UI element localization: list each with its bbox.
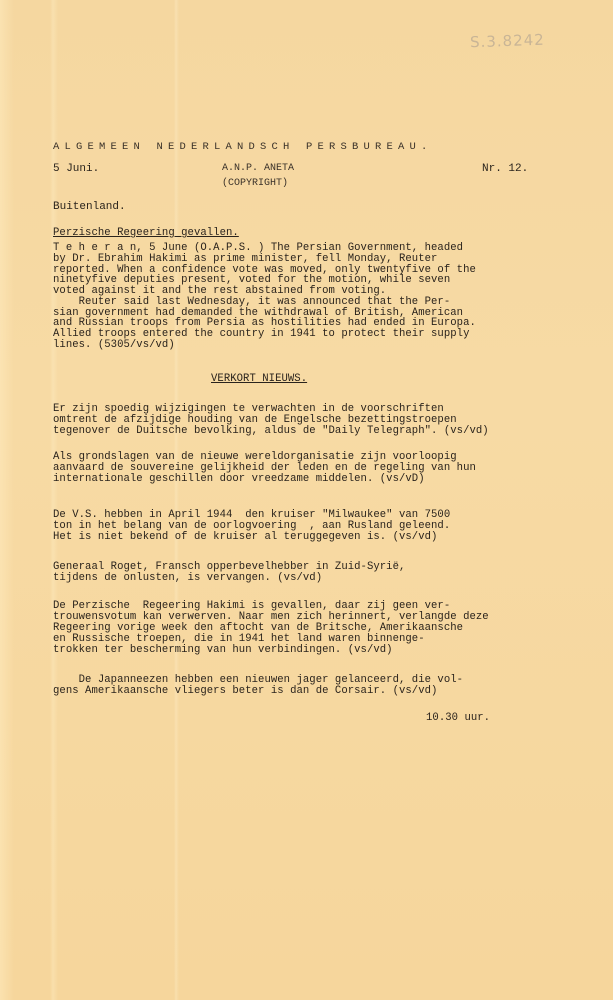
section-label: Buitenland.: [53, 201, 126, 213]
footer-time: 10.30 uur.: [426, 713, 490, 724]
news-item-line: tegenover de Duitsche bevolking, aldus d…: [53, 426, 489, 437]
archive-pencil-mark: S.3.8242: [470, 31, 545, 52]
news-item-line: tijdens de onlusten, is vervangen. (vs/v…: [53, 573, 322, 584]
news-item-line: internationale geschillen door vreedzame…: [53, 474, 425, 485]
verkort-nieuws-heading: VERKORT NIEUWS.: [211, 374, 307, 385]
agency-code: A.N.P. ANETA: [222, 163, 294, 174]
news-item-line: gens Amerikaansche vliegers beter is dan…: [53, 686, 437, 697]
news-item-line: trokken ter bescherming van hun verbindi…: [53, 645, 393, 656]
bulletin-number: Nr. 12.: [482, 163, 528, 175]
news-item-line: Het is niet bekend of de kruiser al teru…: [53, 532, 437, 543]
article-line: lines. (5305/vs/vd): [53, 340, 175, 351]
article-headline: Perzische Regeering gevallen.: [53, 228, 239, 239]
agency-title: ALGEMEEN NEDERLANDSCH PERSBUREAU.: [53, 141, 433, 153]
document-page: S.3.8242 ALGEMEEN NEDERLANDSCH PERSBUREA…: [0, 0, 613, 1000]
document-date: 5 Juni.: [53, 163, 99, 175]
copyright-notice: (COPYRIGHT): [222, 178, 288, 189]
